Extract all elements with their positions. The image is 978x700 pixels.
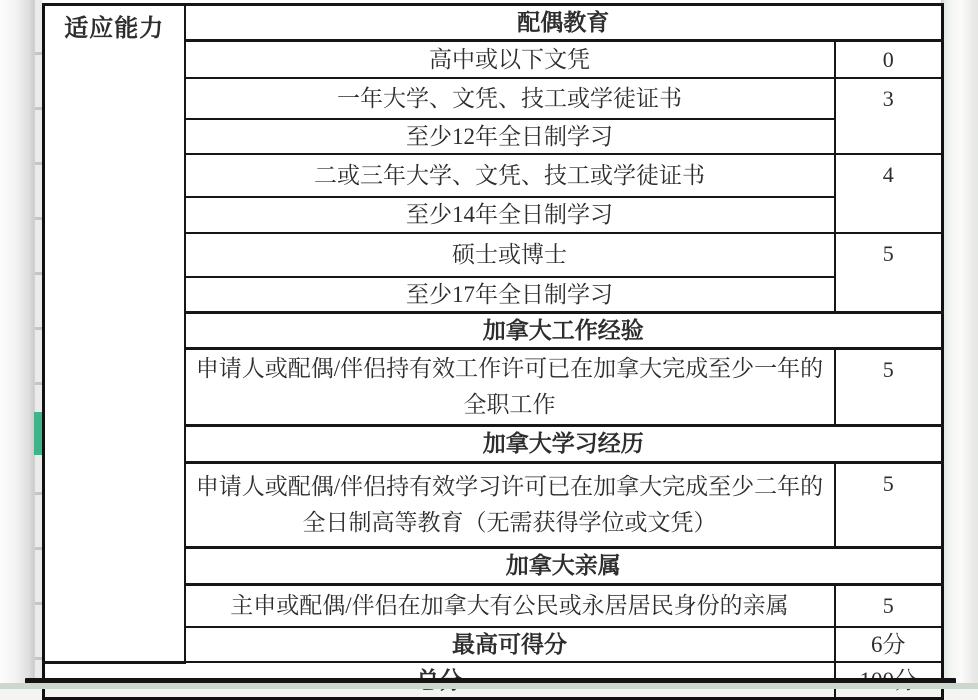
section-header-cell: 加拿大亲属 <box>185 547 943 584</box>
table-row: 适应能力 配偶教育 <box>44 5 943 41</box>
score-cell: 6分 <box>835 627 943 662</box>
score-cell: 5 <box>835 584 943 627</box>
score-cell: 4 <box>835 154 943 232</box>
criteria-cell: 硕士或博士 <box>185 233 835 277</box>
score-cell: 5 <box>835 349 943 426</box>
criteria-cell: 至少14年全日制学习 <box>185 197 835 232</box>
criteria-cell: 至少12年全日制学习 <box>185 119 835 154</box>
document-viewer: 适应能力 配偶教育 高中或以下文凭 0 一年大学、文凭、技工或学徒证书 3 至少… <box>0 0 978 689</box>
score-cell: 3 <box>835 78 943 154</box>
score-cell: 0 <box>835 41 943 78</box>
criteria-cell: 申请人或配偶/伴侣持有效工作许可已在加拿大完成至少一年的全职工作 <box>185 349 835 426</box>
criteria-cell: 主申或配偶/伴侣在加拿大有公民或永居居民身份的亲属 <box>185 584 835 627</box>
adaptability-points-table: 适应能力 配偶教育 高中或以下文凭 0 一年大学、文凭、技工或学徒证书 3 至少… <box>42 3 944 689</box>
criteria-cell: 高中或以下文凭 <box>185 41 835 78</box>
max-points-label-cell: 最高可得分 <box>185 627 835 662</box>
page-right-edge-shadow <box>941 0 978 689</box>
criteria-cell: 一年大学、文凭、技工或学徒证书 <box>185 78 835 119</box>
section-header-cell: 加拿大学习经历 <box>185 426 943 462</box>
scroll-position-indicator[interactable] <box>34 412 42 455</box>
criteria-cell: 申请人或配偶/伴侣持有效学习许可已在加拿大完成至少二年的全日制高等教育（无需获得… <box>185 462 835 547</box>
criteria-cell: 至少17年全日制学习 <box>185 277 835 313</box>
background-band <box>0 683 978 689</box>
page-left-edge-shadow <box>0 0 34 689</box>
score-cell: 5 <box>835 462 943 547</box>
section-header-cell: 加拿大工作经验 <box>185 312 943 348</box>
section-header-cell: 配偶教育 <box>185 5 943 41</box>
category-cell: 适应能力 <box>44 5 185 663</box>
score-cell: 5 <box>835 233 943 313</box>
criteria-cell: 二或三年大学、文凭、技工或学徒证书 <box>185 154 835 197</box>
